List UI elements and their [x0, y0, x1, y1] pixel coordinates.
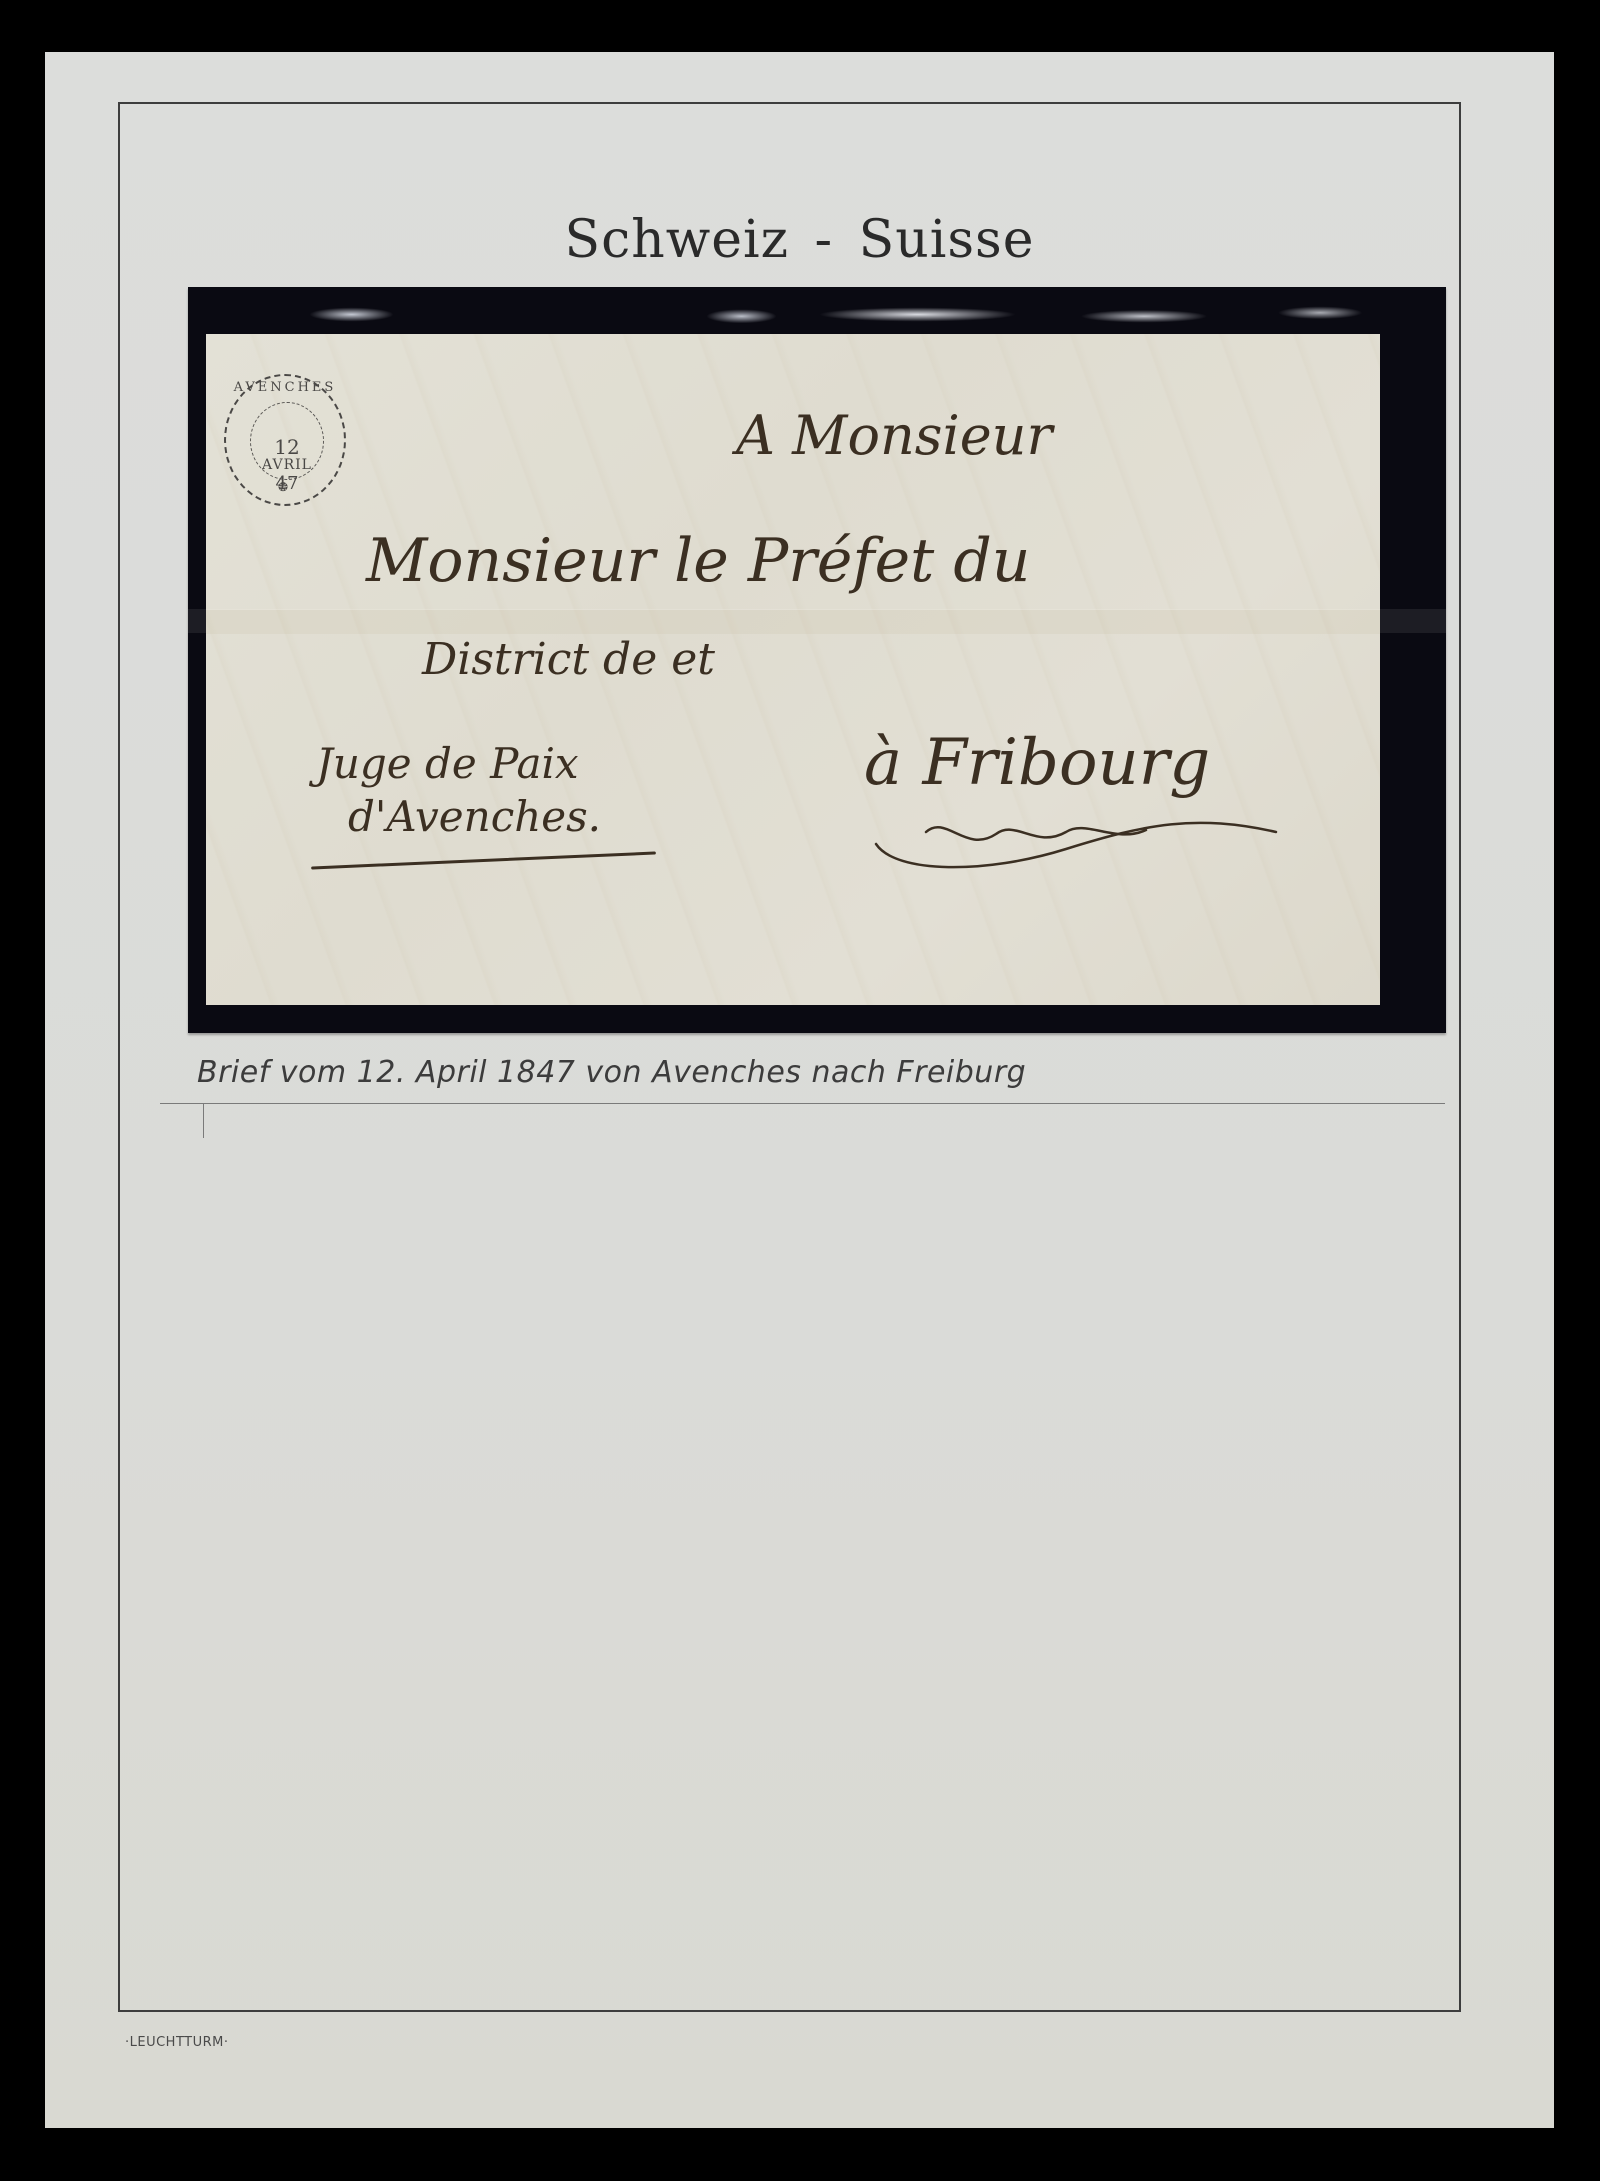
address-line-3: District de et — [422, 634, 715, 685]
address-line-4: à Fribourg — [864, 726, 1210, 800]
postmark-ornament-icon: ❂ — [278, 480, 288, 494]
postmark-inner-ring: 12 AVRIL 47 — [250, 402, 324, 480]
sender-line-1: Juge de Paix — [316, 739, 579, 788]
postmark-day: 12 — [251, 435, 323, 459]
cover-letter[interactable]: AVENCHES 12 AVRIL 47 ❂ A Monsieur Monsie… — [206, 334, 1380, 1005]
flourish-icon — [866, 804, 1286, 874]
sender-line-2: d'Avenches. — [348, 792, 601, 841]
postmark-town: AVENCHES — [226, 380, 344, 395]
item-caption: Brief vom 12. April 1847 von Avenches na… — [197, 1055, 1026, 1090]
mount-glare — [188, 297, 1446, 332]
postmark-month: AVRIL — [251, 457, 323, 473]
publisher-brand: ·LEUCHTTURM· — [125, 2035, 229, 2050]
fold-strip — [206, 609, 1380, 634]
stamp-mount: AVENCHES 12 AVRIL 47 ❂ A Monsieur Monsie… — [188, 287, 1446, 1033]
postmark-cancel: AVENCHES 12 AVRIL 47 ❂ — [224, 374, 346, 506]
address-line-2: Monsieur le Préfet du — [366, 526, 1030, 596]
album-page: Schweiz - Suisse AVENCHES 12 AVRIL 47 ❂ … — [45, 52, 1554, 2128]
page-title: Schweiz - Suisse — [45, 210, 1554, 270]
address-line-1: A Monsieur — [736, 404, 1052, 467]
caption-rule-tick — [203, 1103, 204, 1138]
caption-rule — [160, 1103, 1445, 1104]
